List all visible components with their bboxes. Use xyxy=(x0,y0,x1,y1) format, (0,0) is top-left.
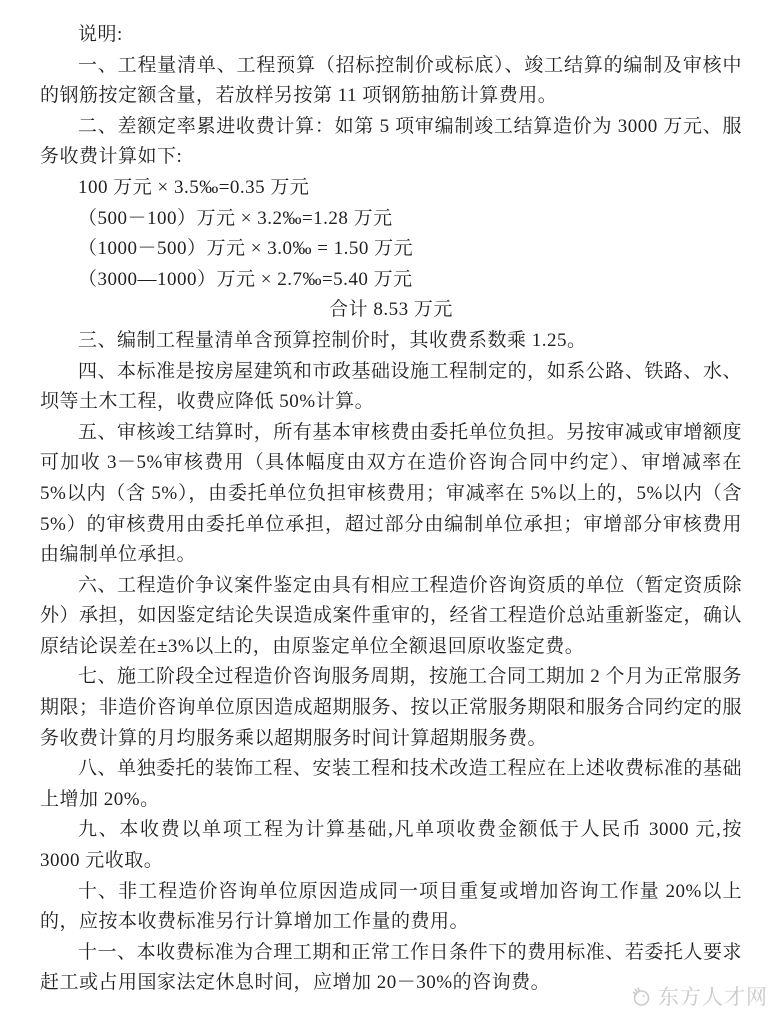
document-text-block: 说明: 一、工程量清单、工程预算（招标控制价或标底）、竣工结算的编制及审核中的钢… xyxy=(0,0,780,999)
para-2: 二、差额定率累进收费计算：如第 5 项审编制竣工结算造价为 3000 万元、服务… xyxy=(40,112,742,173)
para-4: 四、本标准是按房屋建筑和市政基础设施工程制定的，如系公路、铁路、水、坝等土木工程… xyxy=(40,357,742,418)
watermark-text: 东方人才网 xyxy=(658,981,768,1011)
formula-line-1: 100 万元 × 3.5‰=0.35 万元 xyxy=(78,173,742,204)
para-3: 三、编制工程量清单含预算控制价时，其收费系数乘 1.25。 xyxy=(40,326,742,357)
total-line: 合计 8.53 万元 xyxy=(40,295,742,326)
para-8: 八、单独委托的装饰工程、安装工程和技术改造工程应在上述收费标准的基础上增加 20… xyxy=(40,754,742,815)
dongfang-talent-logo-icon xyxy=(628,983,654,1009)
formula-line-2: （500－100）万元 × 3.2‰=1.28 万元 xyxy=(78,204,742,235)
watermark: 东方人才网 xyxy=(628,981,768,1011)
document-page: 说明: 一、工程量清单、工程预算（招标控制价或标底）、竣工结算的编制及审核中的钢… xyxy=(0,0,780,1035)
para-1: 一、工程量清单、工程预算（招标控制价或标底）、竣工结算的编制及审核中的钢筋按定额… xyxy=(40,51,742,112)
formula-line-4: （3000—1000）万元 × 2.7‰=5.40 万元 xyxy=(78,265,742,296)
para-7: 七、施工阶段全过程造价咨询服务周期，按施工合同工期加 2 个月为正常服务期限；非… xyxy=(40,662,742,754)
para-6: 六、工程造价争议案件鉴定由具有相应工程造价咨询资质的单位（暂定资质除外）承担，如… xyxy=(40,571,742,663)
para-10: 十、非工程造价咨询单位原因造成同一项目重复或增加咨询工作量 20%以上的，应按本… xyxy=(40,877,742,938)
formula-line-3: （1000－500）万元 × 3.0‰ = 1.50 万元 xyxy=(78,234,742,265)
document-heading: 说明: xyxy=(40,20,742,51)
para-5: 五、审核竣工结算时，所有基本审核费由委托单位负担。另按审减或审增额度可加收 3－… xyxy=(40,418,742,571)
para-9: 九、本收费以单项工程为计算基础,凡单项收费金额低于人民币 3000 元,按 30… xyxy=(40,815,742,876)
